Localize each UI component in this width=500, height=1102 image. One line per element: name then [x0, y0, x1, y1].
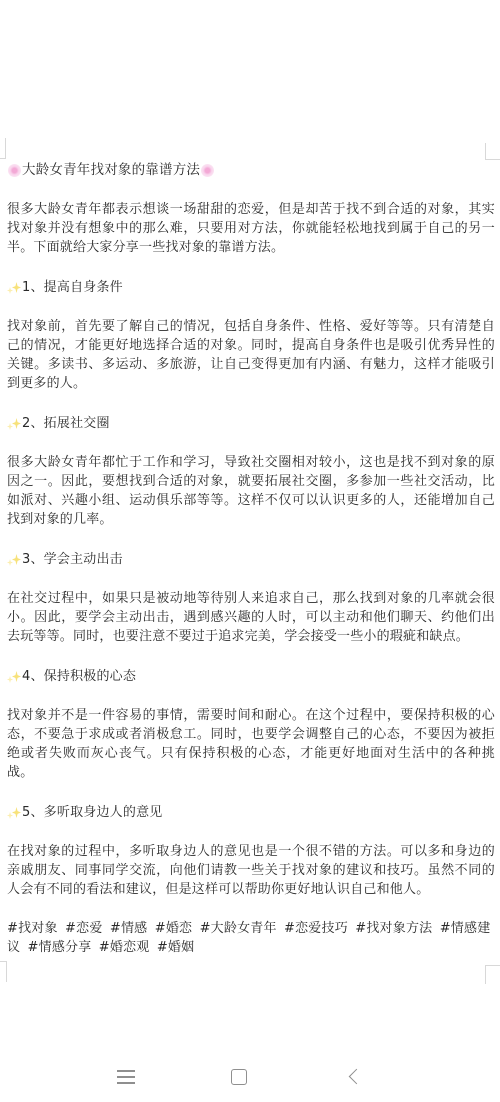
hashtag[interactable]: #婚姻 [157, 940, 195, 955]
menu-lines-icon [117, 1082, 135, 1084]
menu-lines-icon [117, 1070, 135, 1072]
section-body-1: 找对象前，首先要了解自己的情况，包括自身条件、性格、爱好等等。只有清楚自己的情况… [7, 317, 495, 393]
hashtag[interactable]: #恋爱 [65, 921, 103, 936]
section-heading-text: 5、多听取身边人的意见 [22, 803, 162, 822]
section-heading-text: 4、保持积极的心态 [22, 667, 136, 686]
section-heading-3: 3、学会主动出击 [7, 549, 495, 569]
hashtag-list: #找对象 #恋爱 #情感 #婚恋 #大龄女青年 #恋爱技巧 #找对象方法 #情感… [7, 919, 495, 957]
hashtag[interactable]: #恋爱技巧 [284, 921, 348, 936]
section-heading-2: 2、拓展社交圈 [7, 413, 495, 433]
system-navigation-bar [0, 1050, 500, 1102]
hashtag[interactable]: #大龄女青年 [200, 921, 277, 936]
sparkles-icon [7, 804, 21, 820]
hashtag[interactable]: #情感 [110, 921, 148, 936]
section-heading-4: 4、保持积极的心态 [7, 666, 495, 686]
sparkles-icon [7, 279, 21, 295]
sparkles-icon [7, 415, 21, 431]
home-button[interactable] [229, 1066, 253, 1088]
crop-mark-top-left [0, 138, 6, 159]
section-body-4: 找对象并不是一件容易的事情，需要时间和耐心。在这个过程中，要保持积极的心态，不要… [7, 706, 495, 782]
sparkles-icon [7, 668, 21, 684]
cherry-blossom-icon [201, 164, 214, 177]
section-heading-text: 2、拓展社交圈 [22, 414, 110, 433]
section-heading-1: 1、提高自身条件 [7, 277, 495, 297]
back-button[interactable] [345, 1066, 369, 1088]
hashtag[interactable]: #婚恋观 [99, 940, 150, 955]
section-body-5: 在找对象的过程中，多听取身边人的意见也是一个很不错的方法。可以多和身边的亲戚朋友… [7, 842, 495, 899]
article-title-text: 大龄女青年找对象的靠谱方法 [22, 161, 200, 180]
sparkles-icon [7, 551, 21, 567]
section-heading-text: 3、学会主动出击 [22, 550, 123, 569]
hashtag[interactable]: #情感分享 [28, 940, 92, 955]
crop-mark-bottom-right [485, 965, 500, 984]
section-heading-text: 1、提高自身条件 [22, 278, 123, 297]
hashtag[interactable]: #找对象 [7, 921, 58, 936]
document-page: 大龄女青年找对象的靠谱方法 很多大龄女青年都表示想谈一场甜甜的恋爱，但是却苦于找… [0, 0, 500, 1050]
hashtag[interactable]: #找对象方法 [355, 921, 432, 936]
section-body-3: 在社交过程中，如果只是被动地等待别人来追求自己，那么找到对象的几率就会很小。因此… [7, 589, 495, 646]
intro-paragraph: 很多大龄女青年都表示想谈一场甜甜的恋爱，但是却苦于找不到合适的对象，其实找对象并… [7, 200, 495, 257]
hashtag[interactable]: #婚恋 [155, 921, 193, 936]
section-body-2: 很多大龄女青年都忙于工作和学习，导致社交圈相对较小，这也是找不到对象的原因之一。… [7, 453, 495, 529]
crop-mark-bottom-left [0, 961, 7, 982]
square-icon [231, 1069, 247, 1085]
crop-mark-top-right [485, 143, 500, 160]
menu-lines-icon [117, 1076, 135, 1078]
article-body: 大龄女青年找对象的靠谱方法 很多大龄女青年都表示想谈一场甜甜的恋爱，但是却苦于找… [7, 160, 495, 957]
chevron-left-icon [349, 1069, 365, 1085]
section-heading-5: 5、多听取身边人的意见 [7, 802, 495, 822]
recent-apps-button[interactable] [115, 1066, 139, 1088]
cherry-blossom-icon [8, 164, 21, 177]
article-title: 大龄女青年找对象的靠谱方法 [7, 160, 495, 180]
